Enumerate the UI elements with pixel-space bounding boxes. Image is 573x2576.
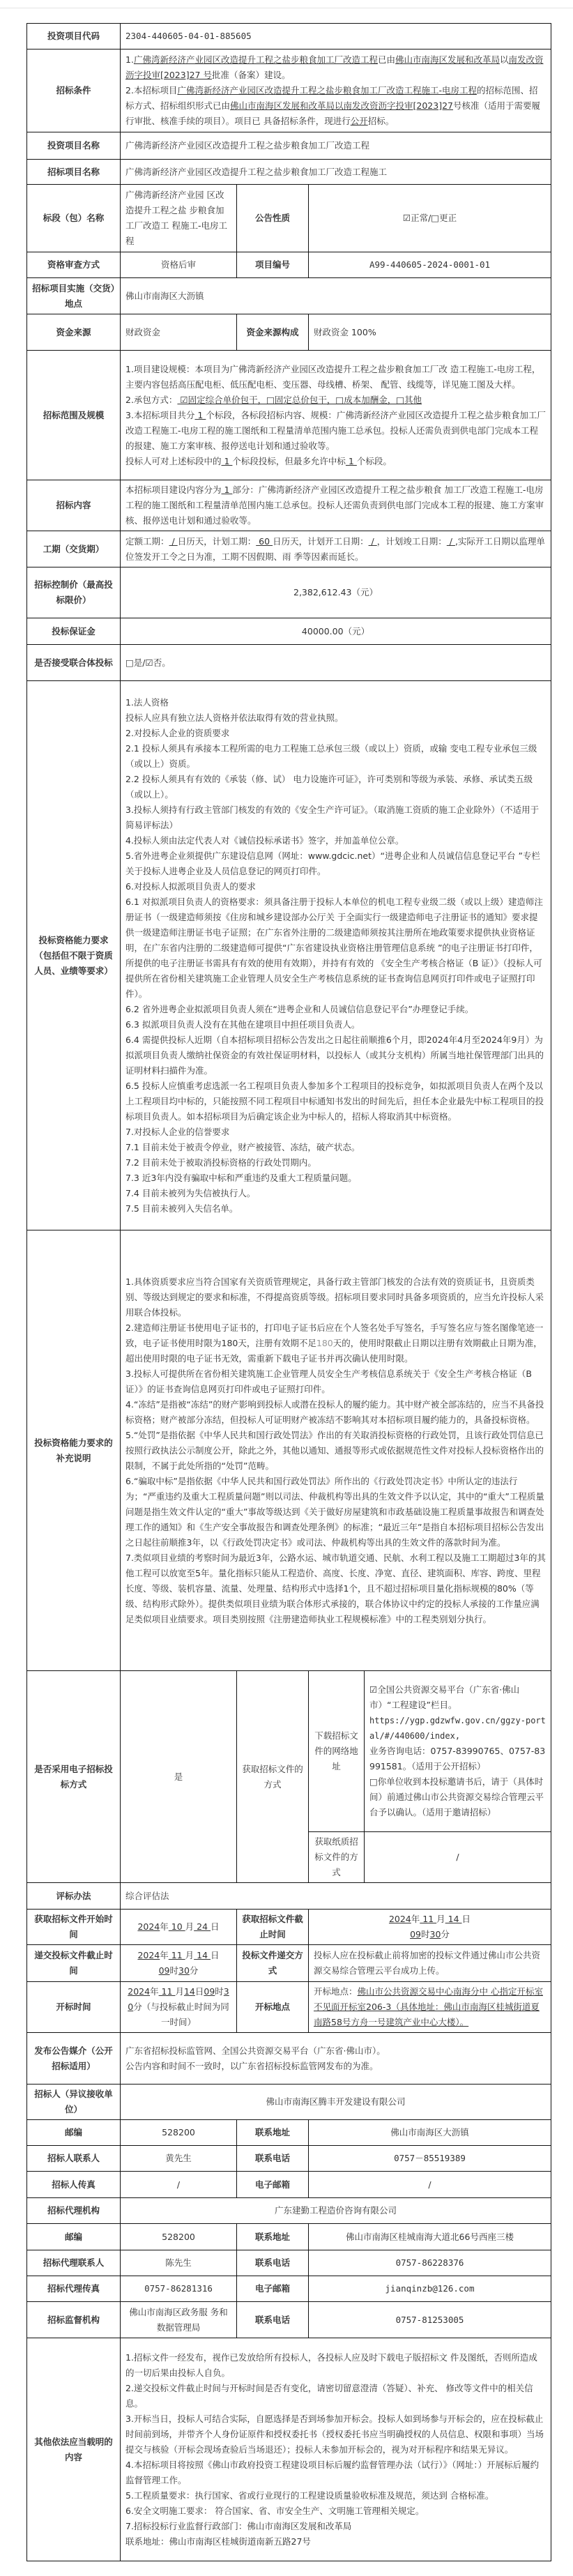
- text: 3.本招标项目共分: [125, 410, 194, 420]
- day: 14: [445, 1914, 462, 1924]
- tender-type-underlined: 公开: [351, 116, 368, 126]
- value-agency-fax: 0757-86281316: [121, 2276, 237, 2302]
- row-section: 标段（包）名称 广佛湾新经济产业园 区改造提升工程之盐 步粮食加工厂改造工 程施…: [27, 185, 551, 252]
- label-fax: 招标人传真: [27, 2172, 121, 2198]
- year: 2024: [137, 1921, 160, 1932]
- count: 1: [222, 456, 233, 466]
- download-link[interactable]: https://ygp.gdzwfw.gov.cn/ggzy-portal/#/…: [369, 1713, 546, 1744]
- label-notice-nature: 公告性质: [237, 185, 309, 252]
- value-email: /: [309, 2172, 551, 2198]
- supp-line: 3.投标人可提供所在省份相关建筑施工企业管理人员安全生产考核信息系统关于《安全生…: [125, 1366, 546, 1397]
- label-phone: 联系电话: [237, 2146, 309, 2172]
- supp-line: 5.“处罚”是指依据《中华人民共和国行政处罚法》作出的有关取消投标资格的行政处罚…: [125, 1428, 546, 1474]
- start-date: /: [369, 536, 377, 547]
- other-line: 1.招标文件一经发布，视作已发放给所有投标人，各投标人应及时下载电子版招标文 件…: [125, 2350, 546, 2381]
- value-funding-structure: 财政资金 100%: [309, 314, 551, 351]
- label-submit-deadline: 递交投标文件截止时间: [27, 1945, 121, 1982]
- platform-checkbox-text: ☑全国公共资源交易平台（广东省·佛山市）“工程建设”栏目。: [369, 1682, 546, 1713]
- label-price-cap: 招标控制价（最高投标限价）: [27, 567, 121, 618]
- day: 14: [184, 1986, 195, 1997]
- req-line: 6.2 省外进粤企业拟派项目负责人须在“进粤企业和人员诚信信息登记平台”办理登记…: [125, 1002, 546, 1017]
- other-line: 3.开标当日，投标人可结合实际，自愿选择是否到场参加开标会。投标人如到场参与开标…: [125, 2411, 546, 2457]
- other-line: 2.递交投标文件截止时间与开标时间是否有变化，请密切留意澄清（答疑）、补充、 修…: [125, 2381, 546, 2411]
- value-requirements: 1.法人资格 投标人应具有独立法人资格并依法取得有效的营业执照。 2.对投标人企…: [121, 681, 551, 1230]
- text: 日历天，计划开工日期：: [273, 536, 369, 547]
- label-agency: 招标代理机构: [27, 2198, 121, 2224]
- tender-name-underlined: 广佛湾新经济产业园区改造提升工程之盐步粮食加工厂改造工程施工-电房工程: [177, 85, 477, 96]
- value-submit-method: 投标人应在投标截止前将加密的投标文件通过佛山市公共资源交易综合管理云平台成功上传…: [309, 1945, 551, 1982]
- label-paper: 获取纸质招标文件的方式: [309, 1832, 365, 1883]
- label-obtain-start: 获取招标文件开始时间: [27, 1910, 121, 1945]
- row-electronic-download: 是否采用电子招标投标方式 是 获取招标文件的方式 下载招标文件的网络地址 ☑全国…: [27, 1671, 551, 1832]
- text: 2.本招标项目: [125, 85, 177, 96]
- approver-underlined: 佛山市南海区发展和改革局以南发改资沥字投审[2023]27: [230, 100, 453, 111]
- req-line: 2.对投标人企业的资质要求: [125, 726, 546, 741]
- month: 11: [169, 1950, 185, 1960]
- label-supervisor-phone: 联系电话: [237, 2302, 309, 2338]
- text: ，计划竣工日期：: [377, 536, 447, 547]
- row-agency-contact: 招标代理联系人 陈先生 联系电话 0757-86228376: [27, 2250, 551, 2276]
- value-phone: 0757－85519389: [309, 2146, 551, 2172]
- value-other: 1.招标文件一经发布，视作已发放给所有投标人，各投标人应及时下载电子版招标文 件…: [121, 2338, 551, 2561]
- text: 投标人可对上述标段中的: [125, 456, 222, 466]
- label-content: 招标内容: [27, 480, 121, 531]
- row-submit-time: 递交投标文件截止时间 2024年 11 月 14 日09时30分 投标文件递交方…: [27, 1945, 551, 1982]
- value-evaluation: 综合评估法: [121, 1883, 551, 1910]
- day: 24: [194, 1921, 211, 1932]
- text: 开标地点：: [314, 1986, 358, 1997]
- other-line: 6.安全文明施工要求： 符合国家、省、市安全生产、文明施工管理相关规定。: [125, 2503, 546, 2519]
- supp-line: 1.具体资质要求应当符合国家有关资质管理规定，具备行政主管部门核发的合法有效的资…: [125, 1274, 546, 1320]
- other-line: 5.工程质量要求：执行国家、省或行业现行的工程建设质量验收标准及规范，须达到 合…: [125, 2488, 546, 2503]
- text: 1.: [125, 54, 134, 65]
- label-project-no: 项目编号: [237, 252, 309, 278]
- row-location: 招标项目实施（交货）地点 佛山市南海区大沥镇: [27, 278, 551, 314]
- planned-days: 60: [256, 536, 273, 547]
- label-postcode: 邮编: [27, 2120, 121, 2146]
- year: 2024: [137, 1950, 160, 1960]
- text: 个标段。: [357, 456, 392, 466]
- consult-phone: 业务咨询电话：0757-83990765、0757-83991581。（适用于公…: [369, 1744, 546, 1774]
- label-evaluation: 评标办法: [27, 1883, 121, 1910]
- value-opening-time: 2024年 11 月14日09时30分（与投标截止时间为同一时间）: [121, 1982, 237, 2033]
- row-consortium: 是否接受联合体投标 □是/☑否。: [27, 645, 551, 681]
- row-content: 招标内容 本招标项目建设内容分为 1 部分：广佛湾新经济产业园区改造提升工程之盐…: [27, 480, 551, 531]
- label-location: 招标项目实施（交货）地点: [27, 278, 121, 314]
- invite-checkbox-text: □你单位收到本投标邀请书后，请于（具体时间）前通过佛山市公共资源交易综合管理云平…: [369, 1774, 546, 1820]
- label-tenderer: 招标人（异议接收单位）: [27, 2085, 121, 2120]
- value-content: 本招标项目建设内容分为 1 部分：广佛湾新经济产业园区改造提升工程之盐步粮食 加…: [121, 480, 551, 531]
- value-media: 广东省招标投标监管网、全国公共资源交易平台（广东省·佛山市）。 公告内容和时间不…: [121, 2033, 551, 2085]
- top-divider: [0, 8, 573, 8]
- value-duration: 定额工期： / 日历天，计划工期： 60 日历天，计划开工日期： / ，计划竣工…: [121, 531, 551, 567]
- label-tender-name: 招标项目名称: [27, 160, 121, 185]
- count: 1: [222, 485, 233, 495]
- label-other: 其他依法应当载明的内容: [27, 2338, 121, 2561]
- row-funding: 资金来源 财政资金 资金来源构成 财政资金 100%: [27, 314, 551, 351]
- label-download-url: 下载招标文件的网络地址: [309, 1671, 365, 1832]
- text: 个标段投标，但最多允许中标: [232, 456, 346, 466]
- value-consortium: □是/☑否。: [121, 645, 551, 681]
- label-supplement: 投标资格能力要求的补充说明: [27, 1230, 121, 1671]
- project-name-underlined: 广佛湾新经济产业园区改造提升工程之盐步粮食加工厂改造工程: [134, 54, 378, 65]
- gray-number: 180: [316, 1338, 333, 1348]
- req-line: 1.法人资格: [125, 695, 546, 710]
- value-postcode: 528200: [121, 2120, 237, 2146]
- value-agency-postcode: 528200: [121, 2224, 237, 2250]
- req-line: 7.4 目前未被列为失信被执行人。: [125, 1186, 546, 1201]
- contract-type-checkboxes: ☑固定综合单价包干，□固定总价包干，□成本加酬金，□其他: [177, 395, 422, 405]
- hour: 09: [159, 1965, 170, 1976]
- label-electronic: 是否采用电子招标投标方式: [27, 1671, 121, 1883]
- row-qualification: 资格审查方式 资格后审 项目编号 A99-440605-2024-0001-01: [27, 252, 551, 278]
- label-agency-fax: 招标代理传真: [27, 2276, 121, 2302]
- count: 1: [346, 456, 357, 466]
- other-line: 7.招标投标行业监督行政部门：佛山市南海区发展和改革局: [125, 2519, 546, 2534]
- label-agency-phone: 联系电话: [237, 2250, 309, 2276]
- month: 11: [420, 1914, 436, 1924]
- label-obtain-method: 获取招标文件的方式: [237, 1671, 309, 1883]
- value-agency: 广东建勤工程造价咨询有限公司: [121, 2198, 551, 2224]
- value-obtain-start: 2024年 10 月 24 日: [121, 1910, 237, 1945]
- req-line: 3.投标人须持有行政主管部门核发的有效的《安全生产许可证》。（取消施工资质的施工…: [125, 802, 546, 833]
- value-notice-nature: ☑正常/□更正: [309, 185, 551, 252]
- row-conditions: 招标条件 1.广佛湾新经济产业园区改造提升工程之盐步粮食加工厂改造工程已由佛山市…: [27, 49, 551, 132]
- req-line: 6.对投标人拟派项目负责人的要求: [125, 879, 546, 894]
- label-conditions: 招标条件: [27, 49, 121, 132]
- value-agency-phone: 0757-86228376: [309, 2250, 551, 2276]
- req-line: 投标人应具有独立法人资格并依法取得有效的营业执照。: [125, 710, 546, 726]
- hour: 09: [204, 1986, 215, 1997]
- text: 2.承包方式：: [125, 395, 177, 405]
- row-agency-fax: 招标代理传真 0757-86281316 电子邮箱 jianqinzb@126.…: [27, 2276, 551, 2302]
- month: 11: [159, 1986, 176, 1997]
- supp-line: 6.“骗取中标”是指依据《中华人民共和国行政处罚法》所作出的《行政处罚决定书》中…: [125, 1474, 546, 1550]
- value-electronic: 是: [121, 1671, 237, 1883]
- media-line: 公告内容和时间不一致时，以广东省招标投标监管网发布的为准。: [125, 2059, 546, 2074]
- text: 日历天，计划工期：: [178, 536, 257, 547]
- label-funding: 资金来源: [27, 314, 121, 351]
- label-opening-time: 开标时间: [27, 1982, 121, 2033]
- value-deposit: 40000.00（元）: [121, 618, 551, 645]
- label-agency-address: 联系地址: [237, 2224, 309, 2250]
- req-line: 7.对投标人企业的信誉要求: [125, 1125, 546, 1140]
- value-opening-place: 开标地点：佛山市公共资源交易中心南海分中 心指定开标室不见面开标室206-3（具…: [309, 1982, 551, 2033]
- month: 10: [169, 1921, 185, 1932]
- label-agency-contact: 招标代理联系人: [27, 2250, 121, 2276]
- row-investment-name: 投资项目名称 广佛湾新经济产业园区改造提升工程之盐步粮食加工厂改造工程: [27, 132, 551, 160]
- label-deposit: 投标保证金: [27, 618, 121, 645]
- year: 2024: [128, 1986, 150, 1997]
- row-tenderer-contact: 招标人联系人 黄先生 联系电话 0757－85519389: [27, 2146, 551, 2172]
- other-line: 4.本招标项目将按照《佛山市政府投资工程建设项目标后履约监督管理办法（试行）》（…: [125, 2457, 546, 2488]
- other-line: 联系地址：佛山市南海区桂城街道南新五路27号: [125, 2534, 546, 2550]
- value-fax: /: [121, 2172, 237, 2198]
- minute: 30: [178, 1965, 190, 1976]
- req-line: 5.省外进粤企业须提供广东建设信息网（网址：www.gdcic.net）“进粤企…: [125, 848, 546, 879]
- label-submit-method: 投标文件递交方式: [237, 1945, 309, 1982]
- value-location: 佛山市南海区大沥镇: [121, 278, 551, 314]
- req-line: 7.1 目前未处于被责令停业，财产被接管、冻结，破产状态。: [125, 1140, 546, 1155]
- value-contact: 黄先生: [121, 2146, 237, 2172]
- text: 已由: [378, 54, 395, 65]
- value-supplement: 1.具体资质要求应当符合国家有关资质管理规定，具备行政主管部门核发的合法有效的资…: [121, 1230, 551, 1671]
- row-scope: 招标范围及规模 1.项目建设规模：本项目为广佛湾新经济产业园区改造提升工程之盐步…: [27, 351, 551, 480]
- value-investment-name: 广佛湾新经济产业园区改造提升工程之盐步粮食加工厂改造工程: [121, 132, 551, 160]
- value-qualification: 资格后审: [121, 252, 237, 278]
- req-line: 4.投标人须由法定代表人对《诚信投标承诺书》签字，并加盖单位公章。: [125, 833, 546, 848]
- label-investment-name: 投资项目名称: [27, 132, 121, 160]
- label-consortium: 是否接受联合体投标: [27, 645, 121, 681]
- supp-line: 4.“冻结”是指被“冻结”的财产影响到投标人或潜在投标人的履约能力。其中财产被全…: [125, 1397, 546, 1428]
- value-paper: /: [365, 1832, 551, 1883]
- minute: 3: [224, 1986, 229, 1997]
- label-contact: 招标人联系人: [27, 2146, 121, 2172]
- tender-notice-table: 投资项目代码 2304-440605-04-01-885605 招标条件 1.广…: [26, 23, 551, 2561]
- value-submit-deadline: 2024年 11 月 14 日09时30分: [121, 1945, 237, 1982]
- year: 2024: [389, 1914, 411, 1924]
- value-agency-contact: 陈先生: [121, 2250, 237, 2276]
- label-opening-place: 开标地点: [237, 1982, 309, 2033]
- value-obtain-end: 2024年 11 月 14 日09时30分: [309, 1910, 551, 1945]
- row-duration: 工期（交货期） 定额工期： / 日历天，计划工期： 60 日历天，计划开工日期：…: [27, 531, 551, 567]
- row-project-code: 投资项目代码 2304-440605-04-01-885605: [27, 24, 551, 49]
- value-agency-email[interactable]: jianqinzb@126.com: [309, 2276, 551, 2302]
- label-supervisor: 招标监督机构: [27, 2302, 121, 2338]
- scope-p1: 1.项目建设规模：本项目为广佛湾新经济产业园区改造提升工程之盐步粮食加工厂改 造…: [125, 362, 546, 393]
- row-tender-name: 招标项目名称 广佛湾新经济产业园区改造提升工程之盐步粮食加工厂改造工程施工: [27, 160, 551, 185]
- req-line: 7.2 目前未处于被取消投标资格的行政处罚期内。: [125, 1155, 546, 1171]
- row-media: 发布公告媒介（公开招标适用） 广东省招标投标监管网、全国公共资源交易平台（广东省…: [27, 2033, 551, 2085]
- value-agency-address: 佛山市南海区桂城南海大道北66号西座三楼: [309, 2224, 551, 2250]
- label-section: 标段（包）名称: [27, 185, 121, 252]
- value-supervisor-phone: 0757-81253005: [309, 2302, 551, 2338]
- text: 定额工期：: [125, 536, 169, 547]
- value-supervisor: 佛山市南海区政务服 务和数据管理局: [121, 2302, 237, 2338]
- day: 14: [194, 1950, 211, 1960]
- row-agency: 招标代理机构 广东建勤工程造价咨询有限公司: [27, 2198, 551, 2224]
- label-requirements: 投标资格能力要求（包括但不限于资质人员、业绩等要求）: [27, 681, 121, 1230]
- value-conditions: 1.广佛湾新经济产业园区改造提升工程之盐步粮食加工厂改造工程已由佛山市南海区发展…: [121, 49, 551, 132]
- row-supervisor: 招标监督机构 佛山市南海区政务服 务和数据管理局 联系电话 0757-81253…: [27, 2302, 551, 2338]
- supp-line: 7.类似项目业绩的考察时间为最近3年，公路水运、城市轨道交通、民航、水利工程以及…: [125, 1550, 546, 1627]
- value-project-no: A99-440605-2024-0001-01: [309, 252, 551, 278]
- label-qualification: 资格审查方式: [27, 252, 121, 278]
- opening-note: 分（与投标截止时间为同一时间）: [133, 2002, 229, 2027]
- value-funding: 财政资金: [121, 314, 237, 351]
- value-tenderer: 佛山市南海区腾丰开发建设有限公司: [121, 2085, 551, 2120]
- req-line: 6.3 拟派项目负责人没有在其他在建项目中担任项目负责人。: [125, 1017, 546, 1032]
- row-price-cap: 招标控制价（最高投标限价） 2,382,612.43（元）: [27, 567, 551, 618]
- req-line: 7.3 近3年内没有骗取中标和严重违约及重大工程质量问题。: [125, 1171, 546, 1186]
- row-evaluation: 评标办法 综合评估法: [27, 1883, 551, 1910]
- req-line: 2.1 投标人须具有承接本工程所需的电力工程施工总承包三级（或以上）资质，或输 …: [125, 741, 546, 772]
- value-address: 佛山市南海区大沥镇: [309, 2120, 551, 2146]
- row-supplement: 投标资格能力要求的补充说明 1.具体资质要求应当符合国家有关资质管理规定，具备行…: [27, 1230, 551, 1671]
- row-tenderer-fax: 招标人传真 / 电子邮箱 /: [27, 2172, 551, 2198]
- text: 招标。: [368, 116, 395, 126]
- value-section: 广佛湾新经济产业园 区改造提升工程之盐 步粮食加工厂改造工 程施工-电房工程: [121, 185, 237, 252]
- req-line: 6.5 投标人应慎重考虑选派一名工程项目负责人参加多个工程项目的投标竞争，如拟派…: [125, 1079, 546, 1125]
- row-obtain-time: 获取招标文件开始时间 2024年 10 月 24 日 获取招标文件截止时间 20…: [27, 1910, 551, 1945]
- label-media: 发布公告媒介（公开招标适用）: [27, 2033, 121, 2085]
- text: 本招标项目建设内容分为: [125, 485, 222, 495]
- row-agency-post: 邮编 528200 联系地址 佛山市南海区桂城南海大道北66号西座三楼: [27, 2224, 551, 2250]
- end-date: /: [447, 536, 455, 547]
- label-agency-postcode: 邮编: [27, 2224, 121, 2250]
- value-price-cap: 2,382,612.43（元）: [121, 567, 551, 618]
- label-duration: 工期（交货期）: [27, 531, 121, 567]
- row-tenderer-post: 邮编 528200 联系地址 佛山市南海区大沥镇: [27, 2120, 551, 2146]
- row-deposit: 投标保证金 40000.00（元）: [27, 618, 551, 645]
- label-funding-structure: 资金来源构成: [237, 314, 309, 351]
- value-project-code: 2304-440605-04-01-885605: [121, 24, 551, 49]
- row-tenderer: 招标人（异议接收单位） 佛山市南海区腾丰开发建设有限公司: [27, 2085, 551, 2120]
- req-line: 6.4 需提供投标人近期（自本招标项目招标公告发出之日起往前顺推6个月，即202…: [125, 1032, 546, 1079]
- minute: 30: [430, 1929, 441, 1939]
- label-obtain-end: 获取招标文件截止时间: [237, 1910, 309, 1945]
- req-line: 6.1 对拟派项目负责人的资格要求：须具备注册于投标人本单位的机电工程专业级二级…: [125, 894, 546, 1002]
- req-line: 7.5 目前未被列入失信名单。: [125, 1201, 546, 1217]
- req-line: 2.2 投标人须具有有效的《承装（修、试） 电力设施许可证》，许可类别和等级为承…: [125, 772, 546, 802]
- section-count: 1: [194, 410, 206, 420]
- value-download: ☑全国公共资源交易平台（广东省·佛山市）“工程建设”栏目。 https://yg…: [365, 1671, 551, 1832]
- approver-underlined: 佛山市南海区发展和改革局: [395, 54, 500, 65]
- row-requirements: 投标资格能力要求（包括但不限于资质人员、业绩等要求） 1.法人资格 投标人应具有…: [27, 681, 551, 1230]
- hour: 09: [410, 1929, 421, 1939]
- text: 以: [500, 54, 509, 65]
- text: 批准（备案）建设。: [212, 70, 291, 80]
- row-opening: 开标时间 2024年 11 月14日09时30分（与投标截止时间为同一时间） 开…: [27, 1982, 551, 2033]
- media-line: 广东省招标投标监管网、全国公共资源交易平台（广东省·佛山市）。: [125, 2043, 546, 2059]
- label-agency-email: 电子邮箱: [237, 2276, 309, 2302]
- label-address: 联系地址: [237, 2120, 309, 2146]
- label-email: 电子邮箱: [237, 2172, 309, 2198]
- row-other: 其他依法应当载明的内容 1.招标文件一经发布，视作已发放给所有投标人，各投标人应…: [27, 2338, 551, 2561]
- label-scope: 招标范围及规模: [27, 351, 121, 480]
- value-scope: 1.项目建设规模：本项目为广佛湾新经济产业园区改造提升工程之盐步粮食加工厂改 造…: [121, 351, 551, 480]
- quota-days: /: [169, 536, 178, 547]
- label-project-code: 投资项目代码: [27, 24, 121, 49]
- value-tender-name: 广佛湾新经济产业园区改造提升工程之盐步粮食加工厂改造工程施工: [121, 160, 551, 185]
